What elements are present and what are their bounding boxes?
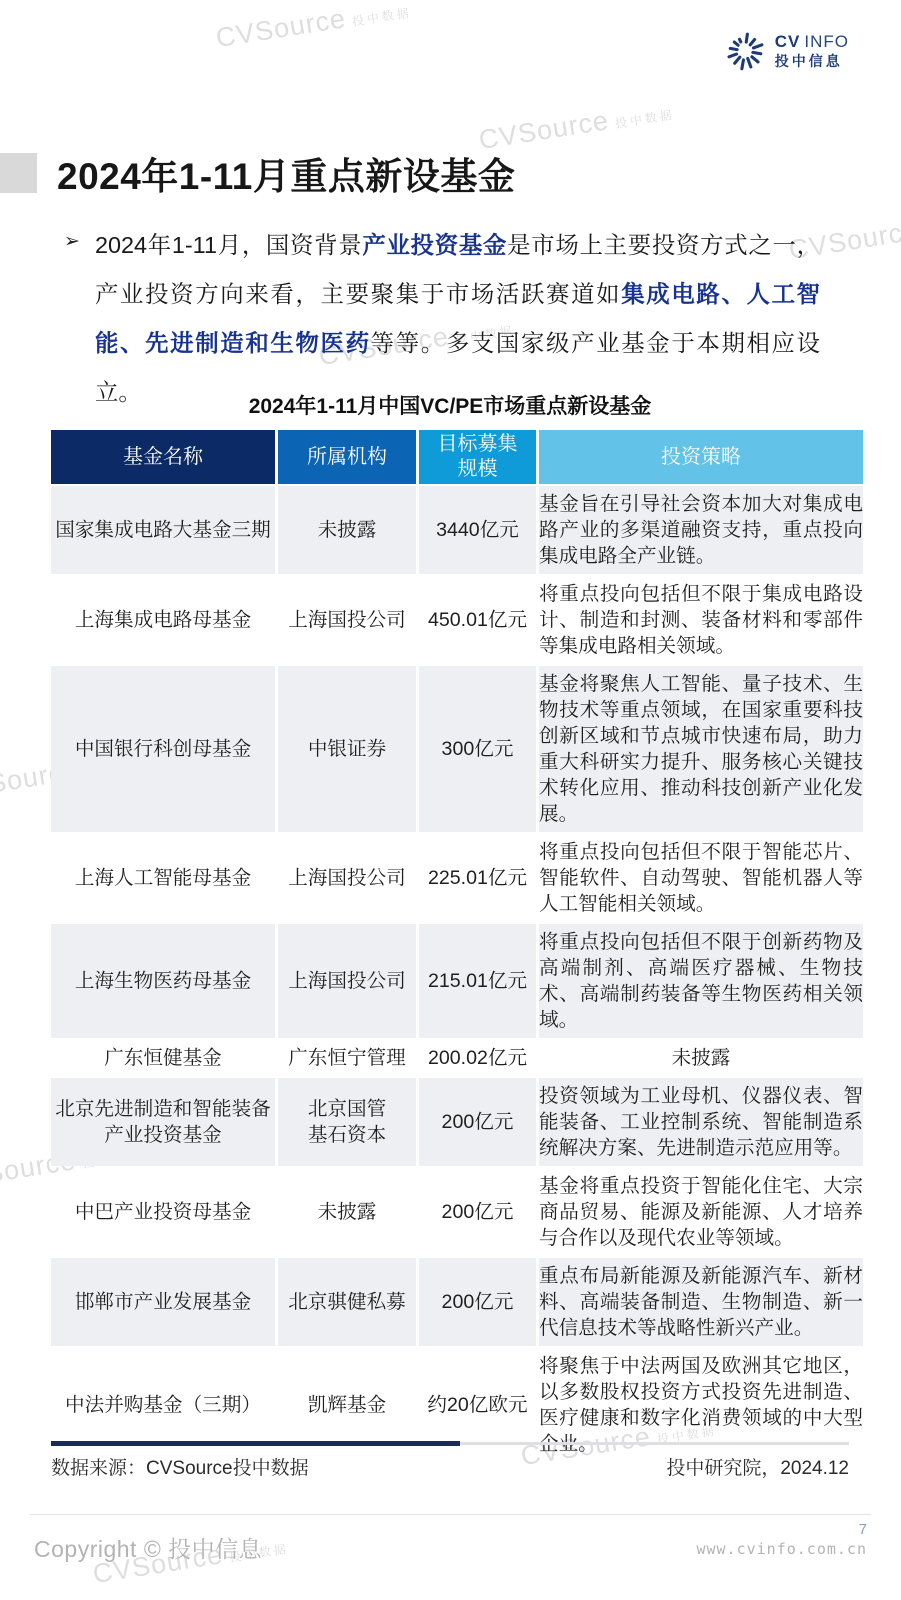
- cell-target-scale: 200亿元: [419, 1168, 536, 1256]
- brand-cv: CV: [775, 32, 801, 51]
- table-row: 上海集成电路母基金上海国投公司450.01亿元将重点投向包括但不限于集成电路设计…: [51, 576, 863, 664]
- page-number: 7: [696, 1521, 867, 1540]
- cell-target-scale: 200.02亿元: [419, 1040, 536, 1076]
- intro-paragraph: ➢ 2024年1-11月，国资背景产业投资基金是市场上主要投资方式之一，产业投资…: [64, 221, 820, 417]
- cell-org: 未披露: [278, 486, 416, 574]
- cell-fund-name: 广东恒健基金: [51, 1040, 275, 1076]
- cell-fund-name: 上海集成电路母基金: [51, 576, 275, 664]
- cell-target-scale: 450.01亿元: [419, 576, 536, 664]
- cell-target-scale: 3440亿元: [419, 486, 536, 574]
- header-org: 所属机构: [278, 430, 416, 484]
- cell-strategy: 将重点投向包括但不限于智能芯片、智能软件、自动驾驶、智能机器人等人工智能相关领域…: [539, 834, 863, 922]
- brand-logo: CVINFO 投中信息: [724, 30, 849, 72]
- cell-strategy: 未披露: [539, 1040, 863, 1076]
- cell-org: 北京国管 基石资本: [278, 1078, 416, 1166]
- cell-fund-name: 中巴产业投资母基金: [51, 1168, 275, 1256]
- intro-highlight: 产业投资基金: [362, 232, 507, 258]
- cell-target-scale: 225.01亿元: [419, 834, 536, 922]
- cell-fund-name: 中国银行科创母基金: [51, 666, 275, 832]
- page-title: 2024年1-11月重点新设基金: [57, 146, 515, 200]
- cell-target-scale: 200亿元: [419, 1078, 536, 1166]
- cell-strategy: 基金将重点投资于智能化住宅、大宗商品贸易、能源及新能源、人才培养与合作以及现代农…: [539, 1168, 863, 1256]
- brand-text: CVINFO 投中信息: [775, 33, 849, 69]
- footer-divider: [51, 1441, 849, 1446]
- divider-light-segment: [460, 1442, 849, 1445]
- funds-table: 基金名称所属机构目标募集 规模投资策略 国家集成电路大基金三期未披露3440亿元…: [48, 428, 866, 1464]
- cell-org: 未披露: [278, 1168, 416, 1256]
- table-row: 上海人工智能母基金上海国投公司225.01亿元将重点投向包括但不限于智能芯片、智…: [51, 834, 863, 922]
- table-header-row: 基金名称所属机构目标募集 规模投资策略: [51, 430, 863, 484]
- cell-org: 上海国投公司: [278, 924, 416, 1038]
- cell-strategy: 重点布局新能源及新能源汽车、新材料、高端装备制造、生物制造、新一代信息技术等战略…: [539, 1258, 863, 1346]
- source-block: 数据来源：CVSource投中数据 投中研究院，2024.12: [51, 1441, 849, 1480]
- table-title: 2024年1-11月中国VC/PE市场重点新设基金: [51, 390, 849, 420]
- cell-strategy: 基金将聚焦人工智能、量子技术、生物技术等重点领域，在国家重要科技创新区域和节点城…: [539, 666, 863, 832]
- cell-org: 上海国投公司: [278, 576, 416, 664]
- watermark: CVSource投中数据: [214, 0, 413, 52]
- data-source: 数据来源：CVSource投中数据: [51, 1453, 309, 1480]
- cell-target-scale: 300亿元: [419, 666, 536, 832]
- header-strategy: 投资策略: [539, 430, 863, 484]
- cell-org: 上海国投公司: [278, 834, 416, 922]
- cell-strategy: 投资领域为工业母机、仪器仪表、智能装备、工业控制系统、智能制造系统解决方案、先进…: [539, 1078, 863, 1166]
- cell-strategy: 将重点投向包括但不限于集成电路设计、制造和封测、装备材料和零部件等集成电路相关领…: [539, 576, 863, 664]
- divider-dark-segment: [51, 1441, 460, 1446]
- cvinfo-starburst-icon: [724, 30, 766, 72]
- brand-name-zh: 投中信息: [775, 54, 849, 69]
- cell-fund-name: 邯郸市产业发展基金: [51, 1258, 275, 1346]
- cell-org: 广东恒宁管理: [278, 1040, 416, 1076]
- report-page: CVSource投中数据 CVSource投中数据 CVSource投中数据 C…: [0, 0, 901, 1600]
- title-accent-square: [0, 153, 37, 193]
- cell-org: 中银证券: [278, 666, 416, 832]
- table-row: 邯郸市产业发展基金北京骐健私募200亿元重点布局新能源及新能源汽车、新材料、高端…: [51, 1258, 863, 1346]
- cell-target-scale: 200亿元: [419, 1258, 536, 1346]
- page-footer: Copyright © 投中信息 7 www.cvinfo.com.cn: [0, 1514, 901, 1564]
- website: www.cvinfo.com.cn: [696, 1540, 867, 1559]
- table-row: 中国银行科创母基金中银证券300亿元基金将聚焦人工智能、量子技术、生物技术等重点…: [51, 666, 863, 832]
- cell-org: 北京骐健私募: [278, 1258, 416, 1346]
- title-row: 2024年1-11月重点新设基金: [0, 146, 515, 200]
- bullet-arrow-icon: ➢: [64, 230, 80, 253]
- intro-text: 2024年1-11月，国资背景产业投资基金是市场上主要投资方式之一，产业投资方向…: [64, 221, 820, 417]
- cell-target-scale: 215.01亿元: [419, 924, 536, 1038]
- copyright: Copyright © 投中信息: [34, 1531, 262, 1564]
- cell-strategy: 将重点投向包括但不限于创新药物及高端制剂、高端医疗器械、生物技术、高端制药装备等…: [539, 924, 863, 1038]
- cell-fund-name: 国家集成电路大基金三期: [51, 486, 275, 574]
- header-fund-name: 基金名称: [51, 430, 275, 484]
- brand-info: INFO: [804, 32, 849, 51]
- intro-plain: 2024年1-11月，国资背景: [95, 232, 362, 258]
- table-row: 上海生物医药母基金上海国投公司215.01亿元将重点投向包括但不限于创新药物及高…: [51, 924, 863, 1038]
- cell-fund-name: 上海生物医药母基金: [51, 924, 275, 1038]
- table-row: 广东恒健基金广东恒宁管理200.02亿元未披露: [51, 1040, 863, 1076]
- cell-fund-name: 北京先进制造和智能装备产业投资基金: [51, 1078, 275, 1166]
- header-target-scale: 目标募集 规模: [419, 430, 536, 484]
- cell-strategy: 基金旨在引导社会资本加大对集成电路产业的多渠道融资支持，重点投向集成电路全产业链…: [539, 486, 863, 574]
- table-row: 中巴产业投资母基金未披露200亿元基金将重点投资于智能化住宅、大宗商品贸易、能源…: [51, 1168, 863, 1256]
- brand-name-en: CVINFO: [775, 33, 849, 52]
- cell-fund-name: 上海人工智能母基金: [51, 834, 275, 922]
- table-row: 国家集成电路大基金三期未披露3440亿元基金旨在引导社会资本加大对集成电路产业的…: [51, 486, 863, 574]
- table-row: 北京先进制造和智能装备产业投资基金北京国管 基石资本200亿元投资领域为工业母机…: [51, 1078, 863, 1166]
- publisher: 投中研究院，2024.12: [666, 1453, 849, 1480]
